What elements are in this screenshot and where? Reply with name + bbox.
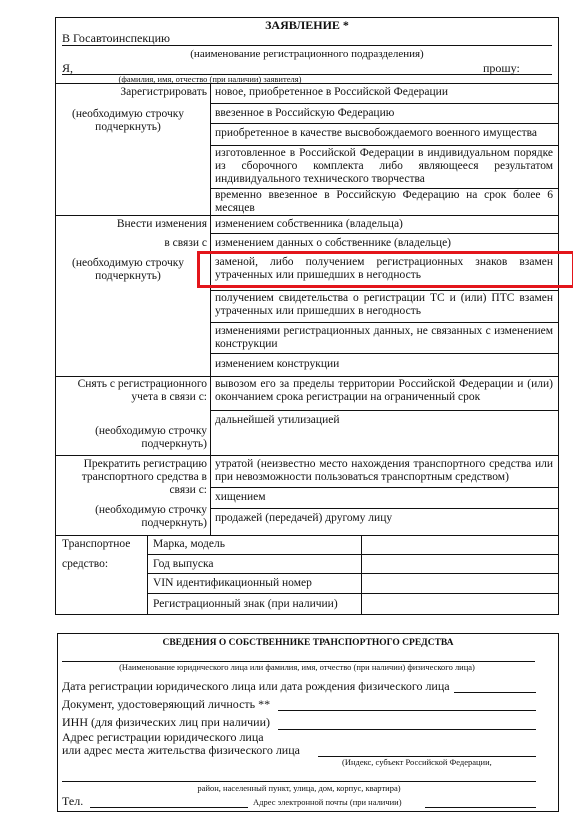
table-top (55, 83, 559, 84)
option-change-reg-data[interactable]: изменениями регистрационных данных, не с… (215, 325, 553, 351)
row-divider (210, 508, 559, 509)
vehicle-label-2: средство: (62, 558, 108, 571)
section-change-label: Внести изменения (58, 218, 207, 231)
section-divider (55, 215, 559, 216)
owner-document-field[interactable] (278, 710, 536, 711)
option-register-manufactured[interactable]: изготовленное в Российской Федерации в и… (215, 147, 553, 186)
option-deregister-disposal[interactable]: дальнейшей утилизацией (215, 414, 553, 427)
option-terminate-loss[interactable]: утратой (неизвестно место нахождения тра… (215, 458, 553, 484)
section-divider (55, 376, 559, 377)
owner-inn-field[interactable] (278, 729, 536, 730)
row-divider (147, 573, 559, 574)
to-label: В Госавтоинспекцию (62, 32, 170, 45)
option-change-certificate[interactable]: получением свидетельства о регистрации Т… (215, 292, 553, 318)
owner-title: СВЕДЕНИЯ О СОБСТВЕННИКЕ ТРАНСПОРТНОГО СР… (57, 638, 559, 649)
owner-document-label: Документ, удостоверяющий личность ** (62, 698, 270, 711)
option-register-imported[interactable]: ввезенное в Российскую Федерацию (215, 107, 553, 120)
owner-email-field[interactable] (425, 807, 536, 808)
section-divider (55, 535, 559, 536)
section-terminate-hint: (необходимую строчку подчеркнуть) (95, 504, 207, 530)
vehicle-label-1: Транспортное (62, 538, 130, 551)
vehicle-divider-1 (147, 535, 148, 615)
row-divider (210, 410, 559, 411)
owner-name-caption: (Наименование юридического лица или фами… (57, 662, 537, 672)
option-terminate-sale[interactable]: продажей (передачей) другому лицу (215, 512, 553, 525)
owner-address-caption-1: (Индекс, субъект Российской Федерации, (342, 757, 492, 767)
section-deregister-hint: (необходимую строчку подчеркнуть) (95, 425, 207, 451)
row-divider (210, 103, 559, 104)
vehicle-make-label: Марка, модель (153, 538, 225, 551)
option-terminate-theft[interactable]: хищением (215, 491, 553, 504)
row-divider (147, 593, 559, 594)
owner-address-field-2[interactable] (62, 781, 536, 782)
row-divider (147, 554, 559, 555)
vehicle-plate-label: Регистрационный знак (при наличии) (153, 598, 338, 611)
section-divider (55, 455, 559, 456)
option-change-construction[interactable]: изменением конструкции (215, 358, 553, 371)
option-register-military[interactable]: приобретенное в качестве высвобождаемого… (215, 127, 553, 140)
to-field[interactable] (62, 45, 552, 46)
vehicle-plate-value[interactable] (366, 598, 554, 612)
owner-address-label-2: или адрес места жительства физического л… (62, 744, 300, 757)
option-deregister-export[interactable]: вывозом его за пределы территории Россий… (215, 378, 553, 404)
vehicle-make-value[interactable] (366, 538, 554, 552)
owner-address-caption-2: район, населенный пункт, улица, дом, кор… (62, 783, 536, 793)
row-divider (210, 322, 559, 323)
to-caption: (наименование регистрационного подраздел… (55, 48, 559, 60)
owner-inn-label: ИНН (для физических лиц при наличии) (62, 716, 270, 729)
owner-phone-field[interactable] (90, 807, 248, 808)
row-divider (210, 487, 559, 488)
owner-date-label: Дата регистрации юридического лица или д… (62, 680, 450, 693)
section-terminate-label: Прекратить регистрацию транспортного сре… (58, 458, 207, 497)
row-divider (210, 123, 559, 124)
table-divider (210, 83, 211, 535)
row-divider (210, 233, 559, 234)
vehicle-vin-label: VIN идентификационный номер (153, 577, 312, 590)
option-change-owner-data[interactable]: изменением данных о собственнике (владел… (215, 237, 553, 250)
highlight-box (197, 251, 573, 288)
vehicle-divider-2 (361, 535, 362, 615)
row-divider (210, 353, 559, 354)
section-change-hint: (необходимую строчку подчеркнуть) (68, 257, 188, 283)
owner-date-field[interactable] (454, 692, 536, 693)
row-divider (210, 145, 559, 146)
owner-email-label: Адрес электронной почты (при наличии) (253, 797, 402, 807)
row-divider (210, 290, 559, 291)
vehicle-vin-value[interactable] (366, 577, 554, 591)
section-change-label2: в связи с (58, 237, 207, 250)
option-change-owner[interactable]: изменением собственника (владельца) (215, 218, 553, 231)
section-register-label: Зарегистрировать (58, 86, 207, 99)
section-deregister-label: Снять с регистрационного учета в связи с… (58, 378, 207, 404)
vehicle-year-value[interactable] (366, 558, 554, 572)
option-register-temporary[interactable]: временно ввезенное в Российскую Федераци… (215, 189, 553, 215)
section-register-hint: (необходимую строчку подчеркнуть) (68, 108, 188, 134)
option-register-new[interactable]: новое, приобретенное в Российской Федера… (215, 86, 553, 99)
owner-phone-label: Тел. (62, 795, 83, 808)
vehicle-year-label: Год выпуска (153, 558, 213, 571)
